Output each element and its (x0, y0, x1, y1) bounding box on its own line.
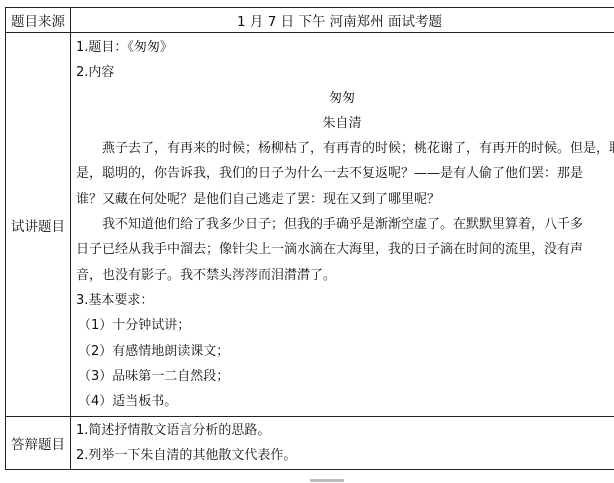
defense-label: 答辩题目 (6, 417, 71, 470)
source-title: 1 月 7 日 下午 河南郑州 面试考题 (71, 8, 614, 33)
defense-question: 1.简述抒情散文语言分析的思路。 (76, 418, 614, 443)
essay-author: 朱自清 (76, 111, 614, 136)
lecture-topic: 1.题目：《匆匆》 (76, 35, 614, 60)
essay-paragraph-line: 我不知道他们给了我多少日子；但我的手确乎是渐渐空虚了。在默默里算着，八千多 (76, 212, 614, 237)
requirement-item: （1）十分钟试讲； (76, 313, 614, 338)
exam-question-table: 题目来源 1 月 7 日 下午 河南郑州 面试考题 试讲题目 1.题目：《匆匆》… (5, 7, 614, 470)
source-label: 题目来源 (6, 8, 71, 33)
essay-paragraph-line: 音，也没有影子。我不禁头涔涔而泪潸潸了。 (76, 263, 614, 288)
content-heading: 2.内容 (76, 60, 614, 85)
scroll-indicator (310, 479, 344, 482)
essay-paragraph-line: 谁？又藏在何处呢？是他们自己逃走了罢：现在又到了哪里呢？ (76, 187, 614, 212)
source-row: 题目来源 1 月 7 日 下午 河南郑州 面试考题 (6, 8, 614, 33)
essay-paragraph-line: 燕子去了，有再来的时候；杨柳枯了，有再青的时候；桃花谢了，有再开的时候。但是，聪… (76, 136, 614, 161)
essay-title: 匆匆 (76, 86, 614, 111)
requirement-item: （3）品味第一二自然段； (76, 364, 614, 389)
defense-question: 2.列举一下朱自清的其他散文代表作。 (76, 443, 614, 468)
lecture-row: 试讲题目 1.题目：《匆匆》 2.内容 匆匆 朱自清 燕子去了，有再来的时候；杨… (6, 33, 614, 417)
defense-row: 答辩题目 1.简述抒情散文语言分析的思路。 2.列举一下朱自清的其他散文代表作。 (6, 417, 614, 470)
requirement-item: （4）适当板书。 (76, 389, 614, 414)
essay-paragraph-line: 是，聪明的，你告诉我，我们的日子为什么一去不复返呢？——是有人偷了他们罢：那是 (76, 161, 614, 186)
requirement-item: （2）有感情地朗读课文； (76, 339, 614, 364)
essay-paragraph-line: 日子已经从我手中溜去；像针尖上一滴水滴在大海里，我的日子滴在时间的流里，没有声 (76, 237, 614, 262)
defense-content: 1.简述抒情散文语言分析的思路。 2.列举一下朱自清的其他散文代表作。 (71, 417, 614, 470)
lecture-label: 试讲题目 (6, 33, 71, 417)
lecture-content: 1.题目：《匆匆》 2.内容 匆匆 朱自清 燕子去了，有再来的时候；杨柳枯了，有… (71, 33, 614, 417)
requirements-heading: 3.基本要求： (76, 288, 614, 313)
